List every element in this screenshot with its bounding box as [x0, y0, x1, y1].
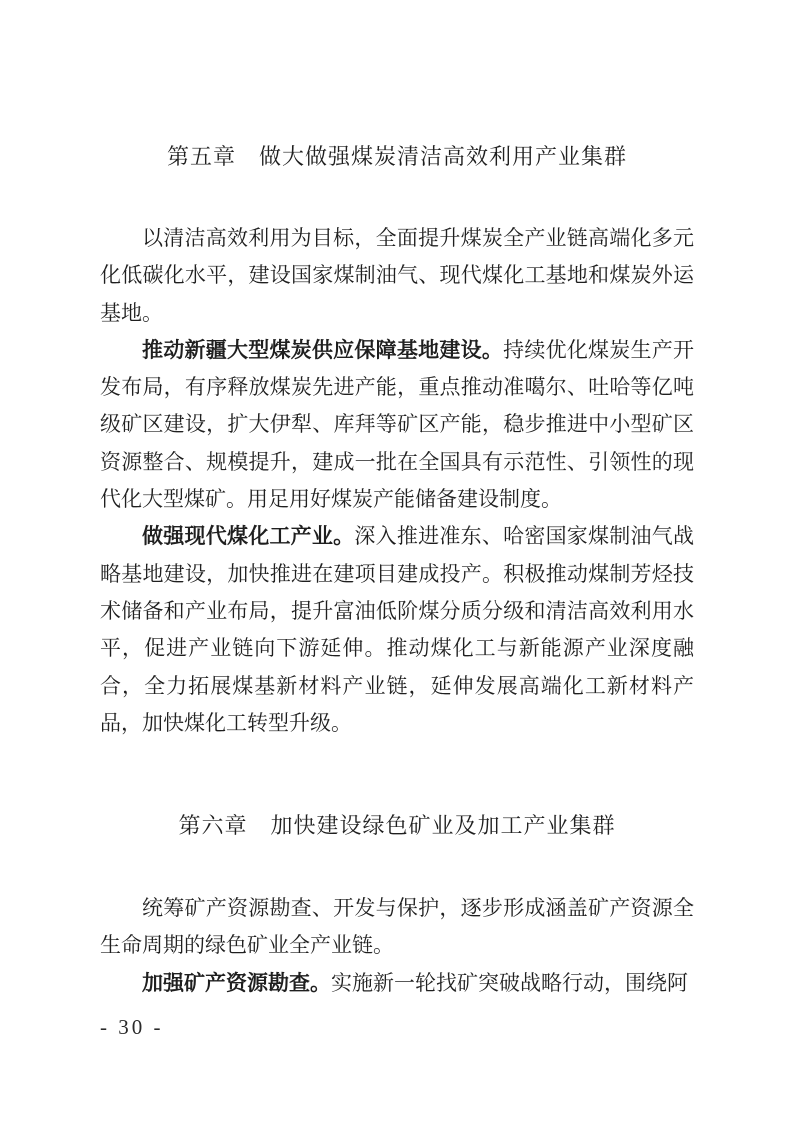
para-text: 以清洁高效利用为目标，全面提升煤炭全产业链高端化多元化低碳化水平，建设国家煤制油…	[100, 226, 694, 325]
para-lead: 加强矿产资源勘查。	[142, 971, 331, 995]
chapter-6-paragraph-2: 加强矿产资源勘查。实施新一轮找矿突破战略行动，围绕阿	[100, 965, 694, 1002]
chapter-5-paragraph-2: 推动新疆大型煤炭供应保障基地建设。持续优化煤炭生产开发布局，有序释放煤炭先进产能…	[100, 332, 694, 518]
chapter-5-paragraph-3: 做强现代煤化工产业。深入推进准东、哈密国家煤制油气战略基地建设，加快推进在建项目…	[100, 518, 694, 742]
chapter-5-title: 第五章 做大做强煤炭清洁高效利用产业集群	[100, 142, 694, 172]
para-lead: 推动新疆大型煤炭供应保障基地建设。	[142, 338, 503, 362]
para-text: 深入推进准东、哈密国家煤制油气战略基地建设，加快推进在建项目建成投产。积极推动煤…	[100, 524, 694, 734]
para-lead: 做强现代煤化工产业。	[142, 524, 354, 548]
para-text: 统筹矿产资源勘查、开发与保护，逐步形成涵盖矿产资源全生命周期的绿色矿业全产业链。	[100, 896, 694, 957]
para-text: 持续优化煤炭生产开发布局，有序释放煤炭先进产能，重点推动准噶尔、吐哈等亿吨级矿区…	[100, 338, 694, 511]
page-number: - 30 -	[100, 1012, 164, 1042]
chapter-5-paragraph-1: 以清洁高效利用为目标，全面提升煤炭全产业链高端化多元化低碳化水平，建设国家煤制油…	[100, 220, 694, 332]
chapter-6-paragraph-1: 统筹矿产资源勘查、开发与保护，逐步形成涵盖矿产资源全生命周期的绿色矿业全产业链。	[100, 890, 694, 965]
chapter-6-title: 第六章 加快建设绿色矿业及加工产业集群	[100, 811, 694, 841]
page-content: 第五章 做大做强煤炭清洁高效利用产业集群 以清洁高效利用为目标，全面提升煤炭全产…	[100, 0, 694, 1002]
document-page: 第五章 做大做强煤炭清洁高效利用产业集群 以清洁高效利用为目标，全面提升煤炭全产…	[0, 0, 793, 1122]
para-text: 实施新一轮找矿突破战略行动，围绕阿	[331, 971, 688, 995]
